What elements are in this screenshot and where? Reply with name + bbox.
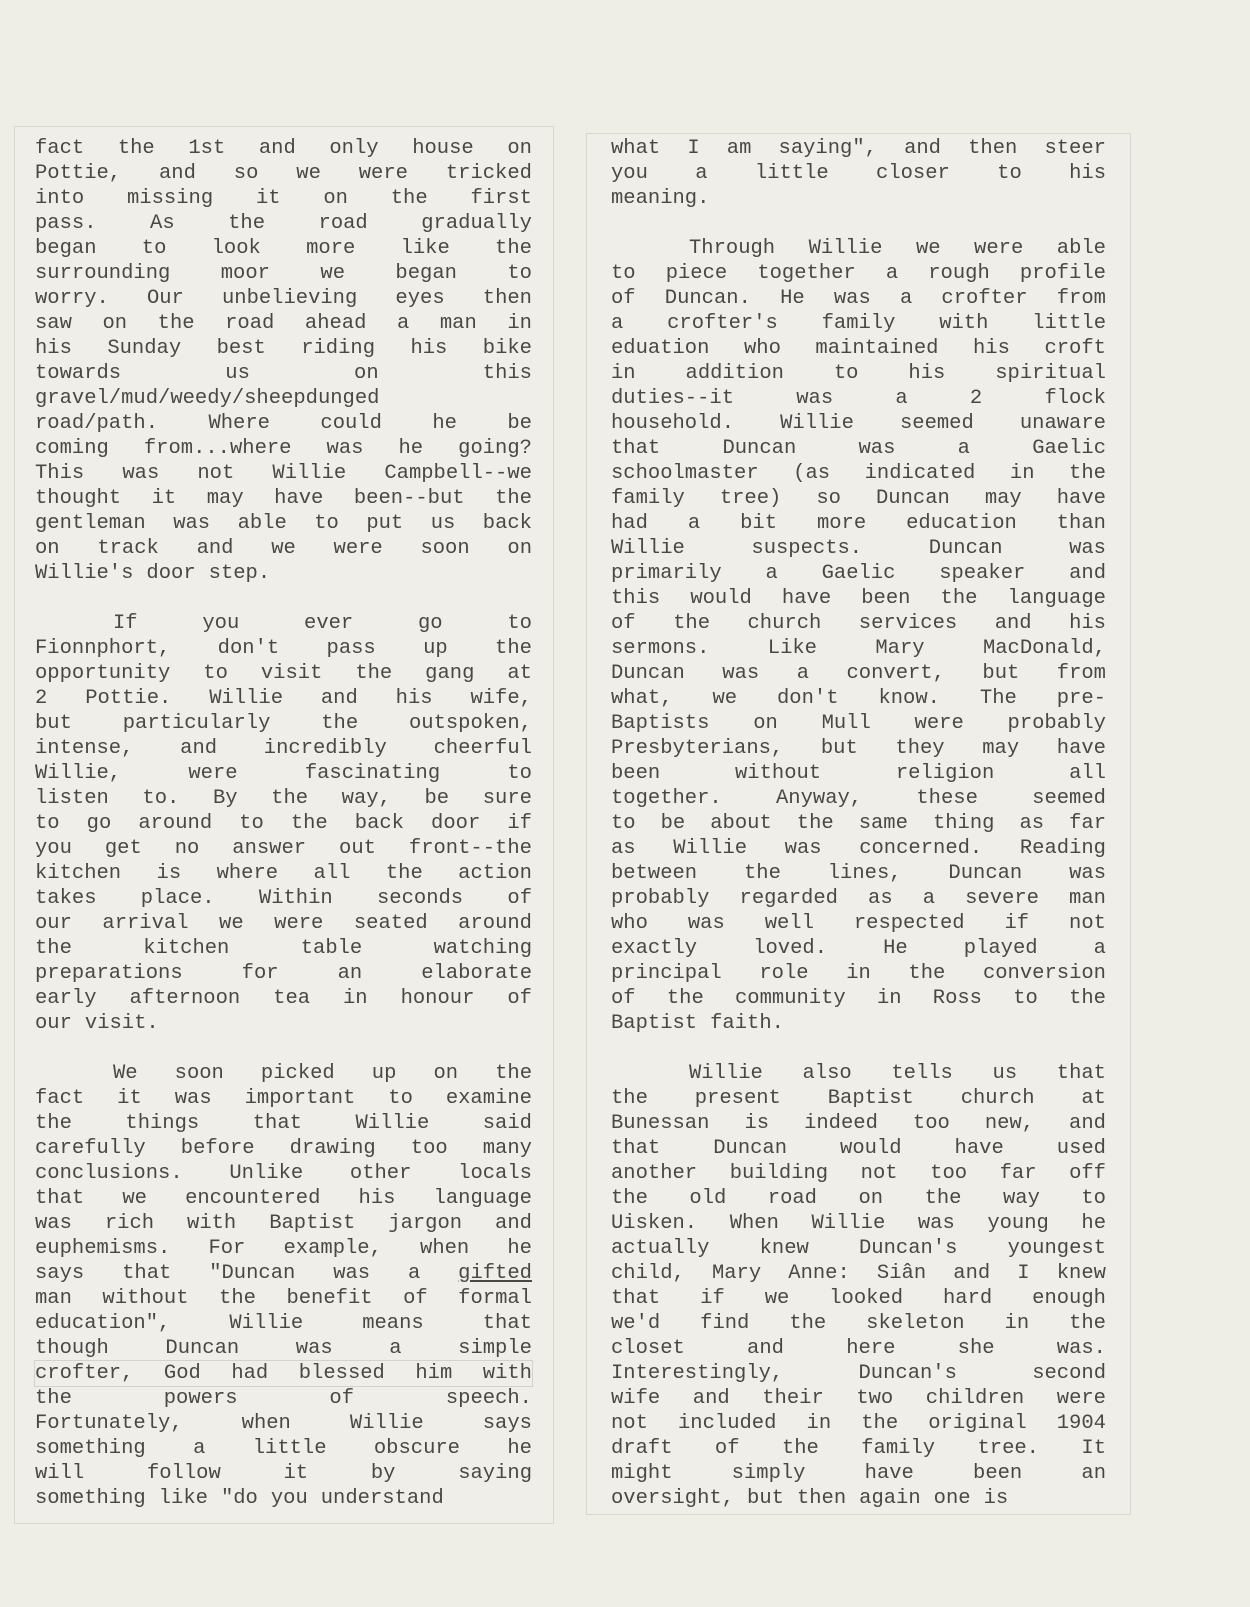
word: of — [403, 1286, 428, 1311]
word: was — [1069, 861, 1106, 886]
word: sermons. — [611, 636, 709, 661]
word: of — [611, 286, 636, 311]
word: and — [180, 736, 217, 761]
word: speech. — [446, 1386, 532, 1411]
word: Reading — [1020, 836, 1106, 861]
text-line: probablyregardedasasevereman — [611, 886, 1106, 911]
word: we — [320, 261, 345, 286]
word: Baptists — [611, 711, 709, 736]
word: was — [859, 436, 896, 461]
word: to — [507, 261, 532, 286]
word: not — [1069, 911, 1106, 936]
word: was — [722, 661, 759, 686]
text-line: wasrichwithBaptistjargonand — [35, 1211, 532, 1236]
word: church — [747, 611, 821, 636]
word: unaware — [1020, 411, 1106, 436]
word: know. — [878, 686, 940, 711]
word: unbelieving — [222, 286, 357, 311]
word: visit. — [85, 1011, 159, 1036]
word: to — [314, 511, 339, 536]
word: they — [895, 736, 944, 761]
word: wife, — [470, 686, 532, 711]
word: little — [755, 161, 829, 186]
word: the — [291, 811, 328, 836]
word: back — [483, 511, 532, 536]
word: the — [219, 1286, 256, 1311]
word: Pottie. — [85, 686, 171, 711]
word: you — [202, 611, 239, 636]
word: carefully — [35, 1136, 146, 1161]
word: role — [759, 961, 808, 986]
word: thought — [35, 486, 121, 511]
word: says — [35, 1261, 84, 1286]
text-line: conclusions.Unlikeotherlocals — [35, 1161, 532, 1186]
word: man — [35, 1286, 72, 1311]
text-line: we'dfindtheskeletoninthe — [611, 1311, 1106, 1336]
word: the — [35, 1386, 72, 1411]
word: closer — [876, 161, 950, 186]
text-line: towardsusonthis — [35, 361, 532, 386]
word: been--but — [354, 486, 465, 511]
word: the — [789, 1311, 826, 1336]
text-line: whowaswellrespectedifnot — [611, 911, 1106, 936]
word: steer — [1044, 136, 1106, 161]
word: to — [35, 811, 60, 836]
word: skeleton — [866, 1311, 964, 1336]
word: in — [846, 961, 871, 986]
word: tells — [891, 1061, 953, 1086]
text-line: intomissingitonthefirst — [35, 186, 532, 211]
word: be — [507, 411, 532, 436]
word: visit — [261, 661, 323, 686]
word: find — [700, 1311, 749, 1336]
word: of — [611, 611, 636, 636]
word: afternoon — [129, 986, 240, 1011]
word: front--the — [409, 836, 532, 861]
word: it — [117, 1086, 142, 1111]
word: is — [984, 1486, 1009, 1511]
word: who — [744, 336, 781, 361]
word: second — [1032, 1361, 1106, 1386]
word: in — [1005, 1311, 1030, 1336]
word: By — [213, 786, 238, 811]
word: closet — [611, 1336, 685, 1361]
text-line: BaptistsonMullwereprobably — [611, 711, 1106, 736]
word: lines, — [828, 861, 902, 886]
word: powers — [164, 1386, 238, 1411]
word: of — [507, 886, 532, 911]
word: from...where — [144, 436, 292, 461]
word: conversion — [983, 961, 1106, 986]
text-line: crofter,Godhadblessedhimwith — [35, 1361, 532, 1386]
text-line: betweenthelines,Duncanwas — [611, 861, 1106, 886]
word: will — [35, 1461, 84, 1486]
word: was. — [1057, 1336, 1106, 1361]
text-line: Willie'sdoorstep. — [35, 561, 532, 586]
word: actually — [611, 1236, 709, 1261]
word: then — [968, 136, 1017, 161]
word: a — [389, 1336, 401, 1361]
word: something — [35, 1486, 146, 1511]
word: fascinating — [305, 761, 440, 786]
word: their — [762, 1386, 824, 1411]
word: blessed — [299, 1361, 385, 1386]
word: tea — [273, 986, 310, 1011]
word: family — [611, 486, 685, 511]
word: he — [432, 411, 457, 436]
text-line: eduationwhomaintainedhiscroft — [611, 336, 1106, 361]
word: and — [904, 136, 941, 161]
word: then — [483, 286, 532, 311]
text-line: Ifyouevergoto — [35, 611, 532, 636]
word: Duncan — [165, 1336, 239, 1361]
word: a — [923, 886, 935, 911]
word: have — [274, 486, 323, 511]
word: may — [982, 736, 1019, 761]
word: household. — [611, 411, 734, 436]
word: were — [915, 711, 964, 736]
word: and — [693, 1386, 730, 1411]
word: crofter, — [35, 1361, 133, 1386]
text-line: pass.Astheroadgradually — [35, 211, 532, 236]
text-line: inadditiontohisspiritual — [611, 361, 1106, 386]
text-line: opportunitytovisitthegangat — [35, 661, 532, 686]
word: on — [354, 361, 379, 386]
word: seemed — [900, 411, 974, 436]
text-line: listento.Bytheway,besure — [35, 786, 532, 811]
word: outspoken, — [409, 711, 532, 736]
word: we — [219, 911, 244, 936]
word: on — [433, 1061, 458, 1086]
word: the — [495, 236, 532, 261]
word: to — [239, 811, 264, 836]
word: again — [859, 1486, 921, 1511]
word: by — [371, 1461, 396, 1486]
word: have — [955, 1136, 1004, 1161]
text-line: notincludedintheoriginal1904 — [611, 1411, 1106, 1436]
word: is — [744, 1111, 769, 1136]
word: the — [271, 786, 308, 811]
word: to — [1081, 1186, 1106, 1211]
word: his — [973, 336, 1010, 361]
word: tree) — [720, 486, 782, 511]
word: go — [87, 811, 112, 836]
word: towards — [35, 361, 121, 386]
word: concerned. — [859, 836, 982, 861]
word: was — [327, 436, 364, 461]
word: child, — [611, 1261, 685, 1286]
word: action — [458, 861, 532, 886]
word: have — [782, 586, 831, 611]
word: speaker — [939, 561, 1025, 586]
word: have — [865, 1461, 914, 1486]
word: first — [470, 186, 532, 211]
word: early — [35, 986, 97, 1011]
word: not — [611, 1411, 648, 1436]
text-line: factitwasimportanttoexamine — [35, 1086, 532, 1111]
word: was — [35, 1211, 72, 1236]
text-line: butparticularlytheoutspoken, — [35, 711, 532, 736]
word: Anne: — [788, 1261, 850, 1286]
word: may — [207, 486, 244, 511]
word: we'd — [611, 1311, 660, 1336]
word: to — [611, 261, 636, 286]
word: new, — [985, 1111, 1034, 1136]
word: far — [1069, 811, 1106, 836]
word: many — [483, 1136, 532, 1161]
word: formal — [458, 1286, 532, 1311]
word: hard — [943, 1286, 992, 1311]
word: the — [744, 861, 781, 886]
word: best — [217, 336, 266, 361]
word: Duncan's — [859, 1361, 957, 1386]
word: croft — [1044, 336, 1106, 361]
word: eyes — [395, 286, 444, 311]
text-line: comingfrom...wherewashegoing? — [35, 436, 532, 461]
word: bit — [740, 511, 777, 536]
word: Presbyterians, — [611, 736, 783, 761]
word: (as — [793, 461, 830, 486]
word: his — [359, 1186, 396, 1211]
word: looked — [829, 1286, 903, 1311]
word: in — [507, 311, 532, 336]
text-line: principalroleintheconversion — [611, 961, 1106, 986]
word: our — [35, 1011, 72, 1036]
word: road — [225, 311, 274, 336]
word: we — [712, 686, 737, 711]
word: flock — [1044, 386, 1106, 411]
word: follow — [147, 1461, 221, 1486]
word: the — [228, 211, 265, 236]
word: youngest — [1008, 1236, 1106, 1261]
word: like — [401, 236, 450, 261]
word: Willie — [229, 1311, 303, 1336]
word: Baptist — [611, 1011, 697, 1036]
word: elaborate — [421, 961, 532, 986]
text-line: euphemisms.Forexample,whenhe — [35, 1236, 532, 1261]
word: she — [958, 1336, 995, 1361]
word: crofter's — [667, 311, 778, 336]
word: Willie — [209, 686, 283, 711]
word: be — [661, 811, 686, 836]
word: the — [611, 1086, 648, 1111]
word: in — [807, 1411, 832, 1436]
word: so — [234, 161, 259, 186]
word: had — [231, 1361, 268, 1386]
word: education — [906, 511, 1017, 536]
word: moor — [221, 261, 270, 286]
word: up — [372, 1061, 397, 1086]
word: from — [1057, 286, 1106, 311]
word: to — [203, 661, 228, 686]
word: about — [710, 811, 772, 836]
word: this — [483, 361, 532, 386]
word: to — [997, 161, 1022, 186]
word: and — [259, 136, 296, 161]
word: gifted — [458, 1261, 532, 1286]
word: is — [157, 861, 182, 886]
word: it — [256, 186, 281, 211]
word: without — [102, 1286, 188, 1311]
text-line: Willie,werefascinatingto — [35, 761, 532, 786]
word: Our — [147, 286, 184, 311]
word: Duncan — [948, 861, 1022, 886]
word: was — [122, 461, 159, 486]
text-line: together.Anyway,theseseemed — [611, 786, 1106, 811]
word: one — [934, 1486, 971, 1511]
word: to — [507, 611, 532, 636]
word: too — [930, 1161, 967, 1186]
word: began — [395, 261, 457, 286]
word: door — [146, 561, 195, 586]
word: he — [507, 1236, 532, 1261]
word: obscure — [374, 1436, 460, 1461]
word: maintained — [815, 336, 938, 361]
word: Baptist — [269, 1211, 355, 1236]
word: we — [296, 161, 321, 186]
word: when — [242, 1411, 291, 1436]
word: Duncan — [713, 1136, 787, 1161]
word: Duncan — [876, 486, 950, 511]
text-line: draftofthefamilytree.It — [611, 1436, 1106, 1461]
word: understand — [321, 1486, 444, 1511]
word: been — [861, 586, 910, 611]
word: Uisken. — [611, 1211, 697, 1236]
word: no — [175, 836, 200, 861]
word: had — [611, 511, 648, 536]
text-line: schoolmaster(asindicatedinthe — [611, 461, 1106, 486]
word: education", — [35, 1311, 170, 1336]
word: Pottie, — [35, 161, 121, 186]
word: young — [987, 1211, 1049, 1236]
word: Fionnphort, — [35, 636, 170, 661]
word: Willie, — [35, 761, 121, 786]
word: far — [1000, 1161, 1037, 1186]
word: the — [495, 636, 532, 661]
word: were — [359, 161, 408, 186]
word: He — [780, 286, 805, 311]
text-line: hadabitmoreeducationthan — [611, 511, 1106, 536]
word: example, — [283, 1236, 381, 1261]
word: way — [1003, 1186, 1040, 1211]
word: children — [926, 1386, 1024, 1411]
text-line: oversight,butthenagainoneis — [611, 1486, 1106, 1511]
word: at — [1081, 1086, 1106, 1111]
word: 2 — [35, 686, 47, 711]
word: a — [193, 1436, 205, 1461]
word: too — [913, 1111, 950, 1136]
text-line: togoaroundtothebackdoorif — [35, 811, 532, 836]
word: track — [97, 536, 159, 561]
word: with — [483, 1361, 532, 1386]
text-line: ThroughWilliewewereable — [611, 236, 1106, 261]
text-line: hisSundaybestridinghisbike — [35, 336, 532, 361]
word: on — [507, 136, 532, 161]
word: to. — [142, 786, 179, 811]
word: When — [730, 1211, 779, 1236]
word: respected — [854, 911, 965, 936]
word: examine — [446, 1086, 532, 1111]
word: from — [1057, 661, 1106, 686]
word: church — [961, 1086, 1035, 1111]
word: road/path. — [35, 411, 158, 436]
word: Duncan's — [859, 1236, 957, 1261]
word: original — [928, 1411, 1026, 1436]
text-line: gentlemanwasabletoputusback — [35, 511, 532, 536]
word: ever — [304, 611, 353, 636]
word: don't — [218, 636, 280, 661]
text-line: manwithoutthebenefitofformal — [35, 1286, 532, 1311]
word: on — [858, 1186, 883, 1211]
text-line: closetandhereshewas. — [611, 1336, 1106, 1361]
text-line: thatifwelookedhardenough — [611, 1286, 1106, 1311]
word: For — [208, 1236, 245, 1261]
word: was — [173, 511, 210, 536]
word: have — [1057, 736, 1106, 761]
word: gentleman — [35, 511, 146, 536]
word: the — [158, 311, 195, 336]
word: crofter — [941, 286, 1027, 311]
word: pre- — [1057, 686, 1106, 711]
word: euphemisms. — [35, 1236, 170, 1261]
word: a — [408, 1261, 420, 1286]
word: and — [321, 686, 358, 711]
word: it — [284, 1461, 309, 1486]
word: us — [431, 511, 456, 536]
word: was — [834, 286, 871, 311]
word: all — [1069, 761, 1106, 786]
word: the — [495, 486, 532, 511]
word: convert, — [846, 661, 944, 686]
text-line: thoughDuncanwasasimple — [35, 1336, 532, 1361]
word: If — [113, 611, 138, 636]
word: man — [440, 311, 477, 336]
word: probably — [1008, 711, 1106, 736]
word: too — [411, 1136, 448, 1161]
word: the — [1069, 461, 1106, 486]
word: saw — [35, 311, 72, 336]
word: were — [188, 761, 237, 786]
text-line: tobeaboutthesamethingasfar — [611, 811, 1106, 836]
word: all — [314, 861, 351, 886]
word: was — [918, 1211, 955, 1236]
word: suspects. — [751, 536, 862, 561]
word: 1st — [188, 136, 225, 161]
word: Mull — [822, 711, 871, 736]
word: 2 — [970, 386, 982, 411]
text-line: somethingalittleobscurehe — [35, 1436, 532, 1461]
word: seemed — [1032, 786, 1106, 811]
word: to — [611, 811, 636, 836]
word: a — [688, 511, 700, 536]
word: going? — [458, 436, 532, 461]
word: house — [412, 136, 474, 161]
word: between — [611, 861, 697, 886]
word: Gaelic — [822, 561, 896, 586]
word: knew — [760, 1236, 809, 1261]
word: on — [323, 186, 348, 211]
word: drawing — [290, 1136, 376, 1161]
word: of — [507, 986, 532, 1011]
word: to — [388, 1086, 413, 1111]
text-line: ofthechurchservicesandhis — [611, 611, 1106, 636]
text-line: wifeandtheirtwochildrenwere — [611, 1386, 1106, 1411]
word: but — [35, 711, 72, 736]
word: MacDonald, — [983, 636, 1106, 661]
word: Anyway, — [776, 786, 862, 811]
text-line: youalittleclosertohis — [611, 161, 1106, 186]
word: simple — [458, 1336, 532, 1361]
